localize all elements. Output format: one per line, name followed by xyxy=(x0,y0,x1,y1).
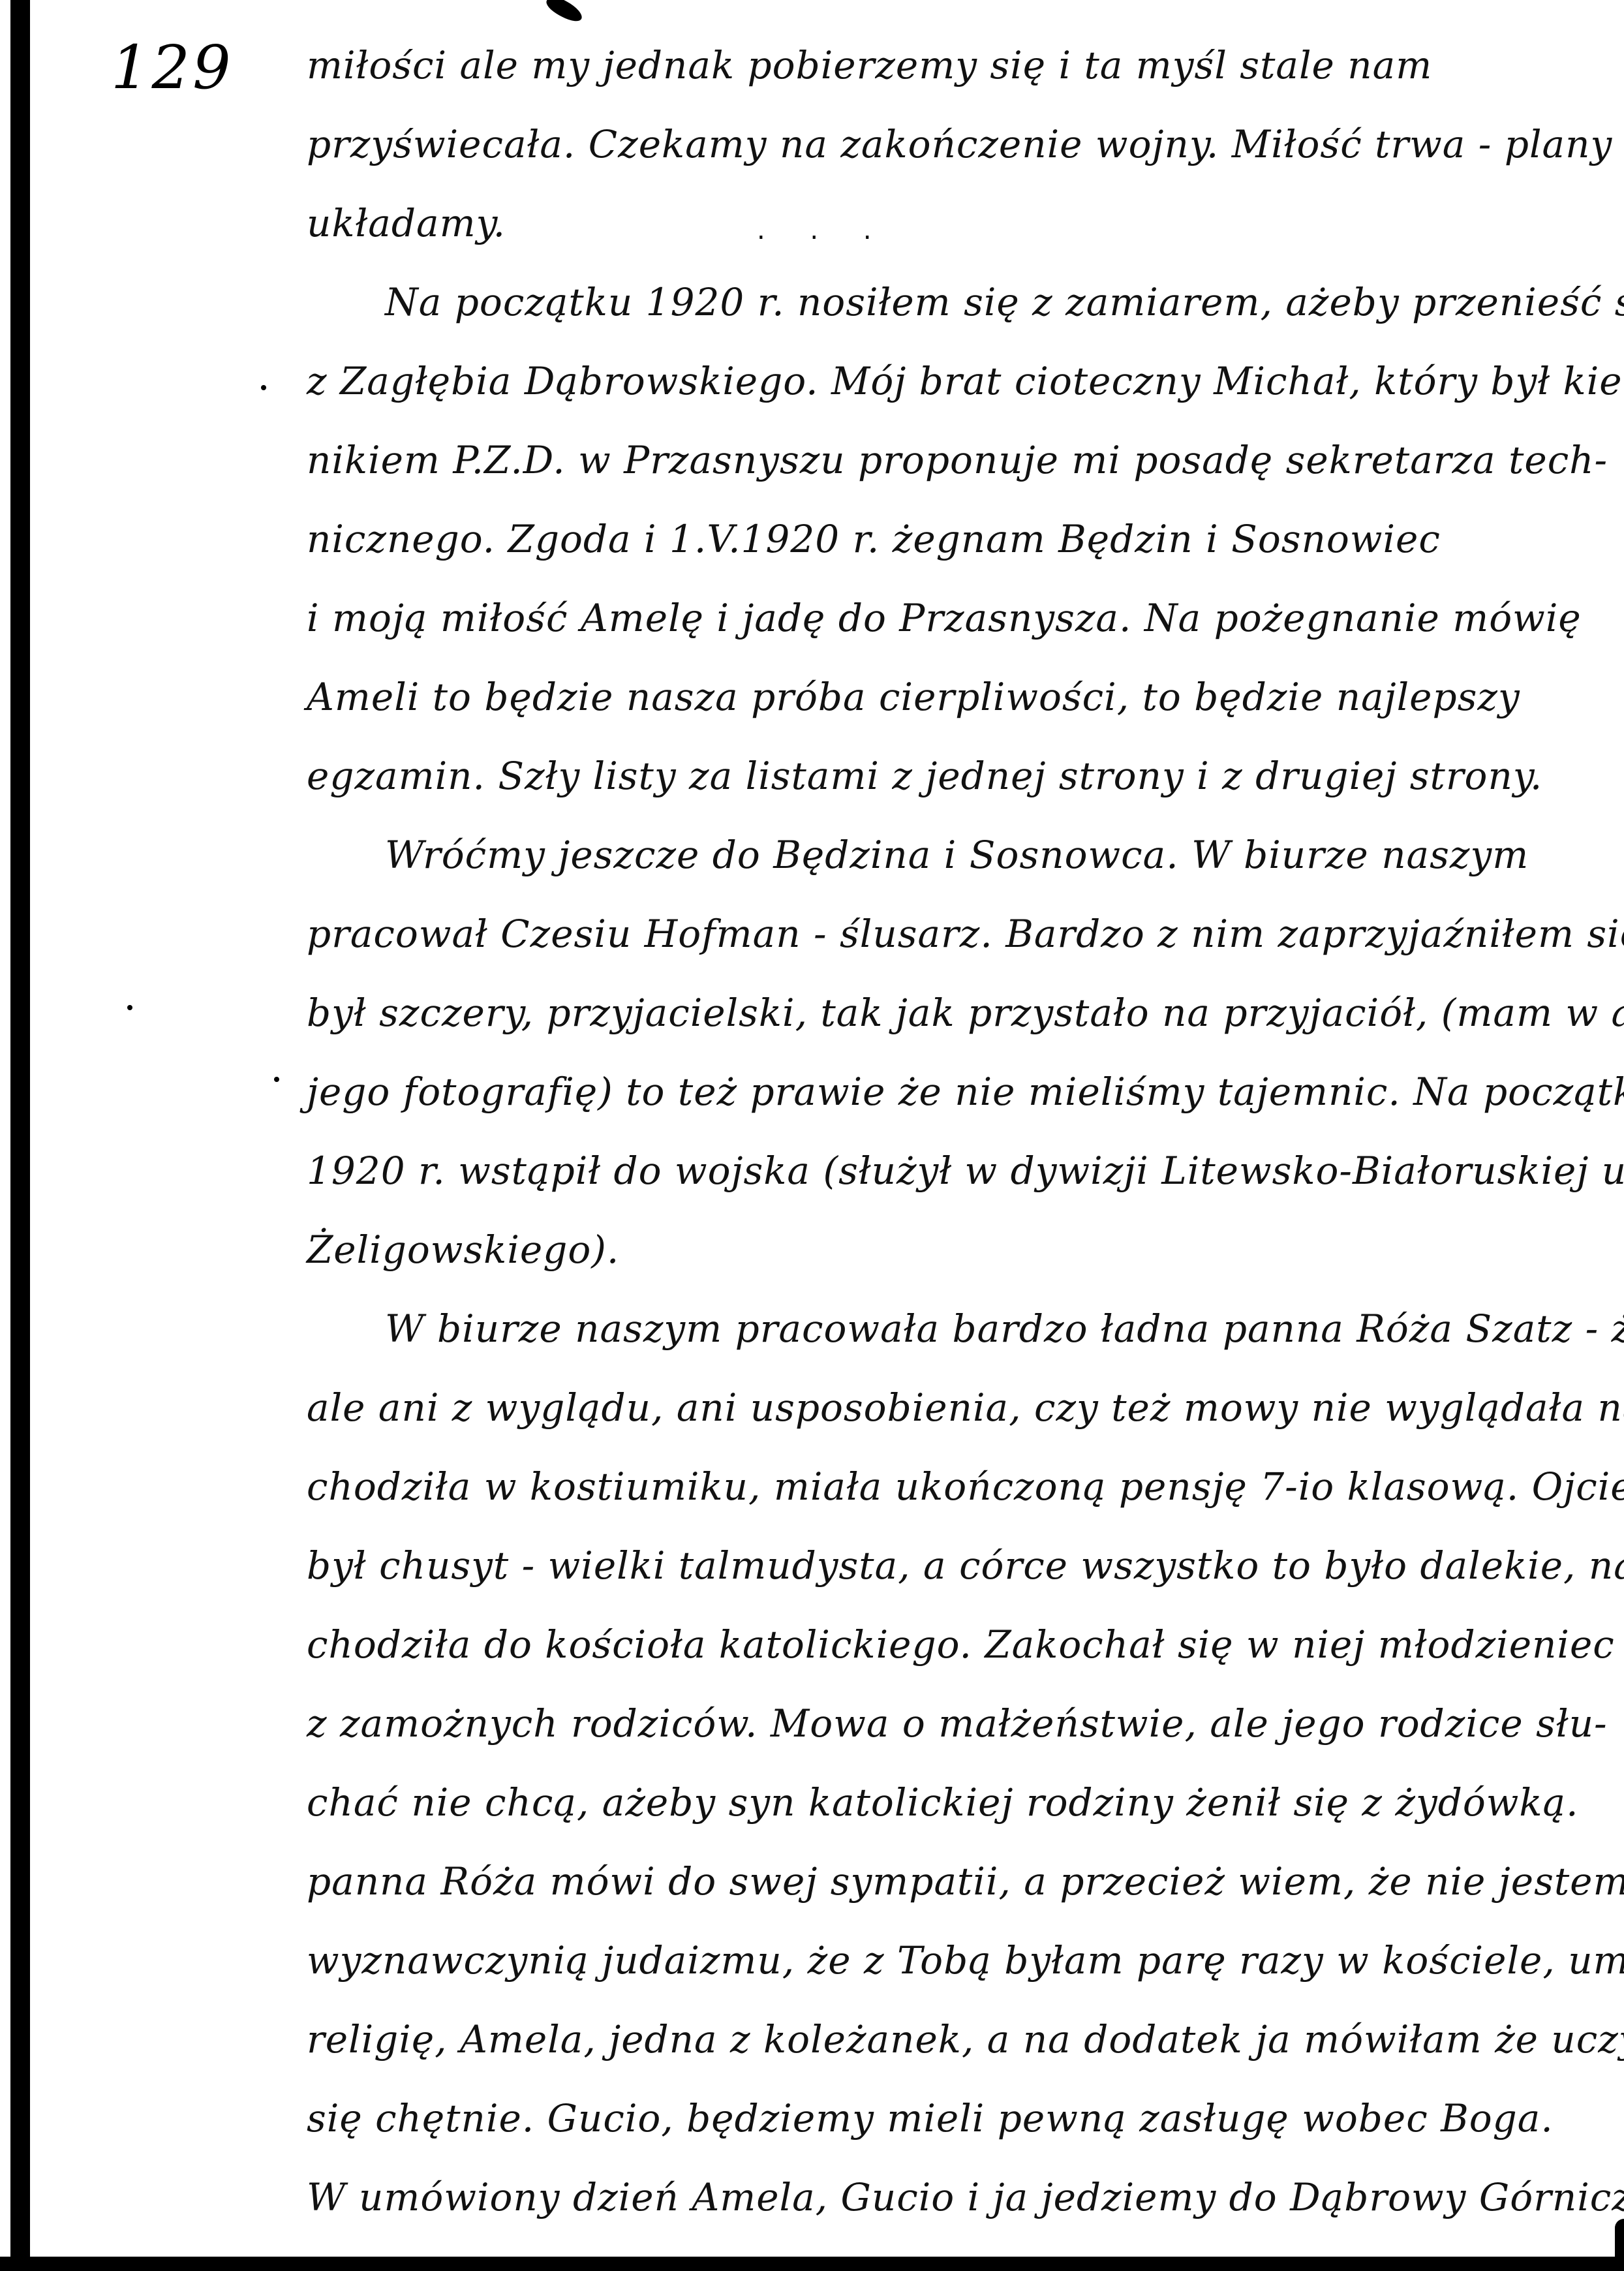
text-line: nikiem P.Z.D. w Przasnyszu proponuje mi … xyxy=(307,421,1605,500)
text-line: Na początku 1920 r. nosiłem się z zamiar… xyxy=(307,263,1605,342)
text-line: chać nie chcą, ażeby syn katolickiej rod… xyxy=(307,1763,1605,1842)
text-line: i moją miłość Amelę i jadę do Przasnysza… xyxy=(307,579,1605,658)
text-line: Żeligowskiego). xyxy=(307,1211,1605,1290)
ink-smudge xyxy=(544,0,585,25)
text-line: W umówiony dzień Amela, Gucio i ja jedzi… xyxy=(307,2158,1605,2237)
margin-mark xyxy=(274,1077,279,1082)
margin-mark xyxy=(261,385,266,390)
text-line: jego fotografię) to też prawie że nie mi… xyxy=(307,1053,1605,1132)
text-line: miłości ale my jednak pobierzemy się i t… xyxy=(307,26,1605,105)
handwritten-text-body: miłości ale my jednak pobierzemy się i t… xyxy=(307,26,1605,2237)
manuscript-page: 129 . . . miłości ale my jednak pobierze… xyxy=(0,0,1624,2271)
margin-mark xyxy=(127,1005,132,1010)
scan-bottom-edge xyxy=(0,2257,1624,2271)
text-line: chodziła do kościoła katolickiego. Zakoc… xyxy=(307,1605,1605,1684)
text-line: nicznego. Zgoda i 1.V.1920 r. żegnam Będ… xyxy=(307,500,1605,579)
binding-edge xyxy=(10,0,30,2258)
page-corner-curl xyxy=(1615,2219,1624,2258)
text-line: egzamin. Szły listy za listami z jednej … xyxy=(307,737,1605,816)
text-line: wyznawczynią judaizmu, że z Tobą byłam p… xyxy=(307,1921,1605,2000)
text-line: religię, Amela, jedna z koleżanek, a na … xyxy=(307,2000,1605,2079)
text-line: Wróćmy jeszcze do Będzina i Sosnowca. W … xyxy=(307,816,1605,895)
text-line: pracował Czesiu Hofman - ślusarz. Bardzo… xyxy=(307,895,1605,974)
text-line: układamy. xyxy=(307,184,1605,263)
page-number: 129 xyxy=(111,33,234,102)
text-line: był chusyt - wielki talmudysta, a córce … xyxy=(307,1526,1605,1605)
text-line: ale ani z wyglądu, ani usposobienia, czy… xyxy=(307,1368,1605,1447)
text-line: W biurze naszym pracowała bardzo ładna p… xyxy=(307,1290,1605,1368)
text-line: panna Róża mówi do swej sympatii, a prze… xyxy=(307,1842,1605,1921)
text-line: 1920 r. wstąpił do wojska (służył w dywi… xyxy=(307,1132,1605,1211)
text-line: chodziła w kostiumiku, miała ukończoną p… xyxy=(307,1447,1605,1526)
text-line: był szczery, przyjacielski, tak jak przy… xyxy=(307,974,1605,1053)
text-line: Ameli to będzie nasza próba cierpliwości… xyxy=(307,658,1605,737)
text-line: z zamożnych rodziców. Mowa o małżeństwie… xyxy=(307,1684,1605,1763)
text-line: przyświecała. Czekamy na zakończenie woj… xyxy=(307,105,1605,184)
text-line: z Zagłębia Dąbrowskiego. Mój brat ciotec… xyxy=(307,342,1605,421)
text-line: się chętnie. Gucio, będziemy mieli pewną… xyxy=(307,2079,1605,2158)
